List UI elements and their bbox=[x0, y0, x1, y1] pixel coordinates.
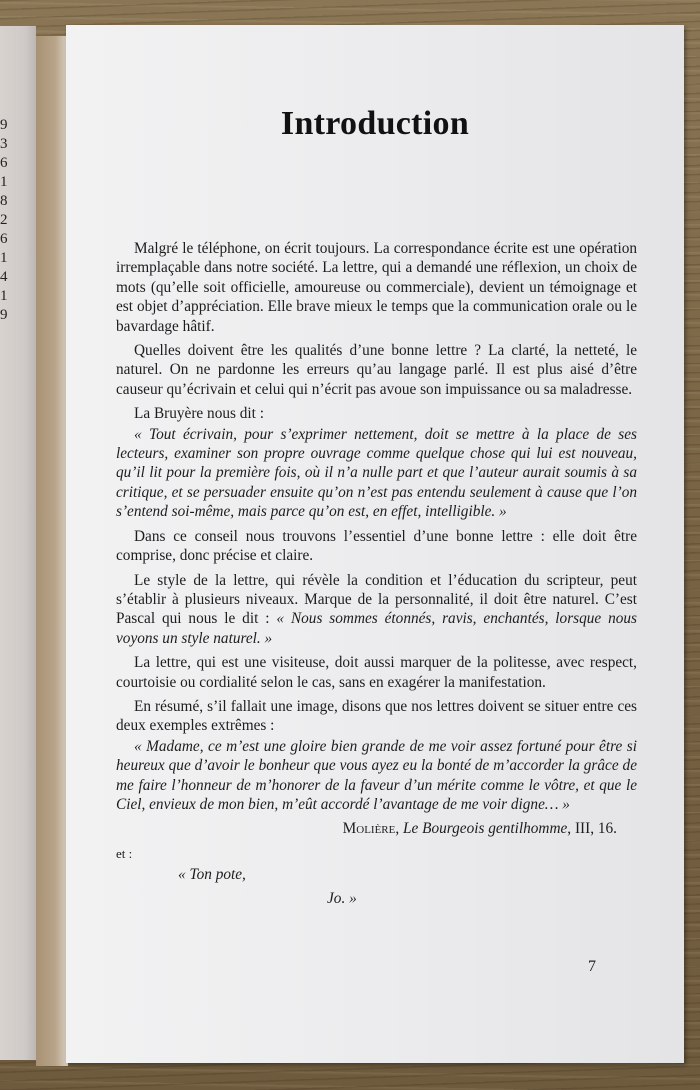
closing-line-1: « Ton pote, bbox=[178, 865, 637, 884]
quote-la-bruyere: « Tout écrivain, pour s’exprimer netteme… bbox=[116, 425, 637, 522]
edge-digit: 9 bbox=[0, 116, 10, 135]
page-number: 7 bbox=[588, 958, 596, 976]
edge-digit: 6 bbox=[0, 230, 10, 249]
edge-digit: 3 bbox=[0, 135, 10, 154]
page-title: Introduction bbox=[66, 105, 684, 143]
attribution-author: Molière bbox=[343, 820, 396, 837]
paragraph-qualites: Quelles doivent être les qualités d’une … bbox=[116, 341, 637, 399]
edge-digit: 4 bbox=[0, 268, 10, 287]
paragraph-style: Le style de la lettre, qui révèle la con… bbox=[116, 571, 637, 649]
paragraph-resume: En résumé, s’il fallait une image, dison… bbox=[116, 697, 637, 736]
connector-text: et : bbox=[116, 844, 637, 863]
left-page-digits: 9 3 6 1 8 2 6 1 4 1 9 bbox=[0, 116, 10, 325]
edge-digit: 6 bbox=[0, 154, 10, 173]
edge-digit: 1 bbox=[0, 287, 10, 306]
attribution-reference: , III, 16. bbox=[567, 820, 617, 837]
paragraph-intro: Malgré le téléphone, on écrit toujours. … bbox=[116, 239, 637, 336]
book-gutter bbox=[36, 36, 68, 1066]
body-text: Malgré le téléphone, on écrit toujours. … bbox=[116, 239, 637, 908]
paragraph-conseil: Dans ce conseil nous trouvons l’essentie… bbox=[116, 527, 637, 566]
paragraph-la-bruyere-intro: La Bruyère nous dit : bbox=[116, 404, 637, 423]
edge-digit: 1 bbox=[0, 249, 10, 268]
attribution: Molière, Le Bourgeois gentilhomme, III, … bbox=[116, 819, 637, 838]
quote-moliere: « Madame, ce m’est une gloire bien grand… bbox=[116, 737, 637, 815]
book-page: Introduction Malgré le téléphone, on écr… bbox=[66, 25, 684, 1063]
paragraph-politesse: La lettre, qui est une visiteuse, doit a… bbox=[116, 653, 637, 692]
edge-digit: 1 bbox=[0, 173, 10, 192]
closing-line-2: Jo. » bbox=[327, 889, 637, 908]
edge-digit: 8 bbox=[0, 192, 10, 211]
attribution-work: Le Bourgeois gentilhomme bbox=[403, 820, 567, 837]
left-page-edge: 9 3 6 1 8 2 6 1 4 1 9 bbox=[0, 26, 36, 1060]
edge-digit: 9 bbox=[0, 306, 10, 325]
edge-digit: 2 bbox=[0, 211, 10, 230]
